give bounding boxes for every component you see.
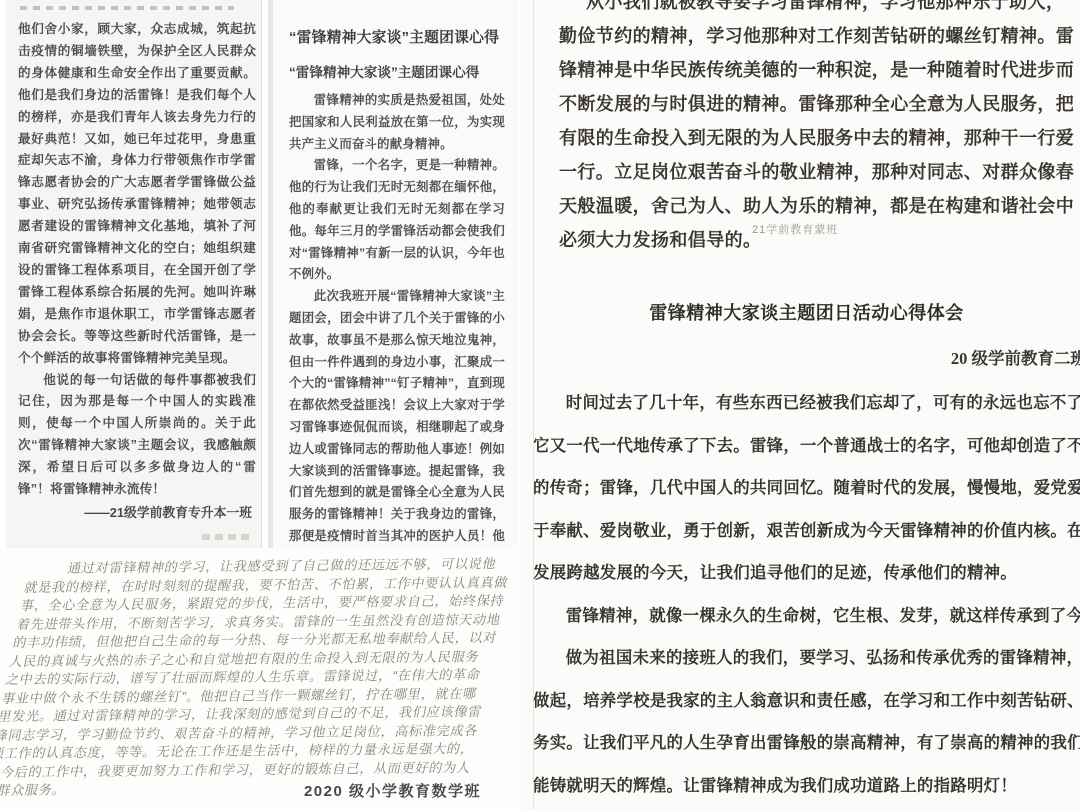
text-line: 做为祖国未来的接班人的我们，要学习、弘扬和传承优秀的雷锋精神，从小 <box>533 637 1080 680</box>
page-scan-edge <box>533 0 534 810</box>
right-essay-title: 雷锋精神大家谈主题团日活动心得体会 <box>533 299 1080 325</box>
clipped-text-remnants <box>20 6 234 10</box>
text-line: 有限的生命投入到无限的为人民服务中去的精神，那种干一行爱 <box>559 121 1080 155</box>
right-essay-byline: 20 级学前教育二班 <box>533 345 1080 369</box>
essay-panel-left: 他们舍小家，顾大家，众志成城，筑起抗击疫情的铜墙铁壁，为保护全区人民群众的身体健… <box>6 0 266 552</box>
paragraph: 此次我班开展“雷锋精神大家谈”主题团会，团会中讲了几个关于雷锋的小故事，故事虽不… <box>289 286 505 548</box>
text-line: 不断发展的与时俱进的精神。雷锋那种全心全意为人民服务，把 <box>559 87 1080 121</box>
text-line: 勤俭节约的精神，学习他那种对工作刻苦钻研的螺丝钉精神。雷 <box>559 19 1080 53</box>
middle-essay-body: 雷锋精神的实质是热爱祖国，处处把国家和人民利益放在第一位，为实现共产主义而奋斗的… <box>289 90 505 548</box>
scanned-essays-collage: 他们舍小家，顾大家，众志成城，筑起抗击疫情的铜墙铁壁，为保护全区人民群众的身体健… <box>0 0 1080 810</box>
text-line: 天般温暖，舍己为人、助人为乐的精神，都是在构建和谐社会中 <box>559 189 1080 223</box>
right-essay-body: 时间过去了几十年，有些东西已经被我们忘却了，可有的永远也忘不了，因它又一代一代地… <box>533 382 1080 807</box>
essay-panel-right: 从小我们就被教导要学习雷锋精神，学习他那种乐于助人， 勤俭节约的精神，学习他那种… <box>521 0 1080 810</box>
text-line: 于奉献、爱岗敬业，勇于创新，艰苦创新成为今天雷锋精神的价值内核。在科 <box>533 510 1080 553</box>
text-line: 锋精神是中华民族传统美德的一种积淀，是一种随着时代进步而 <box>559 53 1080 87</box>
text-line: 做起，培养学校是我家的主人翁意识和责任感，在学习和工作中刻苦钻研、求 <box>533 680 1080 723</box>
left-essay-signature: ——21级学前教育专升本一班 <box>18 502 256 524</box>
faded-slanted-essay-panel: 通过对雷锋精神的学习，让我感受到了自己做的还远远不够，可以说他就是我的榜样，在时… <box>0 548 521 810</box>
paragraph: 他说的每一句话做的每件事都被我们记住，因为那是每一个中国人的实践准则，使每一个中… <box>18 370 256 501</box>
text-line: 一行。立足岗位艰苦奋斗的敬业精神，那种对同志、对群众像春 <box>559 155 1080 189</box>
middle-essay-subtitle: “雷锋精神大家谈”主题团课心得 <box>289 61 505 81</box>
paragraph: 他们舍小家，顾大家，众志成城，筑起抗击疫情的铜墙铁壁，为保护全区人民群众的身体健… <box>18 19 256 370</box>
essay-panel-middle: “雷锋精神大家谈”主题团课心得 “雷锋精神大家谈”主题团课心得 雷锋精神的实质是… <box>268 0 518 548</box>
right-essay-top: 从小我们就被教导要学习雷锋精神，学习他那种乐于助人， 勤俭节约的精神，学习他那种… <box>559 0 1080 257</box>
text-line: 的传奇；雷锋，几代中国人的共同回忆。随着时代的发展，慢慢地，爱党爱国、 <box>533 467 1080 510</box>
illegible-faint-fragment <box>202 534 250 540</box>
text-line: 雷锋精神，就像一棵永久的生命树，它生根、发芽，就这样传承到了今天。 <box>533 595 1080 638</box>
text-line: 发展跨越发展的今天，让我们追寻他们的足迹，传承他们的精神。 <box>533 552 1080 595</box>
text-line: 时间过去了几十年，有些东西已经被我们忘却了，可有的永远也忘不了，因 <box>533 382 1080 425</box>
text-line: 能铸就明天的辉煌。让雷锋精神成为我们成功道路上的指路明灯！ <box>533 765 1080 808</box>
paragraph: 雷锋精神的实质是热爱祖国，处处把国家和人民利益放在第一位，为实现共产主义而奋斗的… <box>289 90 505 155</box>
paragraph: 雷锋，一个名字，更是一种精神。他的行为让我们无时无刻都在缅怀他，他的奉献更让我们… <box>289 155 505 286</box>
middle-essay-title: “雷锋精神大家谈”主题团课心得 <box>289 26 505 47</box>
left-essay-body: 他们舍小家，顾大家，众志成城，筑起抗击疫情的铜墙铁壁，为保护全区人民群众的身体健… <box>18 19 256 501</box>
slanted-essay-signature: 2020 级小学教育数学班 <box>304 780 481 801</box>
text-line: 务实。让我们平凡的人生孕育出雷锋般的崇高精神，有了崇高的精神的我们， <box>533 722 1080 765</box>
text-line: 它又一代一代地传承了下去。雷锋，一个普通战士的名字，可他却创造了不普 <box>533 425 1080 468</box>
clipped-text-line: 从小我们就被教导要学习雷锋精神，学习他那种乐于助人， <box>559 0 1080 19</box>
class-watermark-label: 21学前教育蒙班 <box>752 221 838 237</box>
slanted-essay-lines: 通过对雷锋精神的学习，让我感受到了自己做的还远远不够，可以说他就是我的榜样，在时… <box>0 555 515 801</box>
